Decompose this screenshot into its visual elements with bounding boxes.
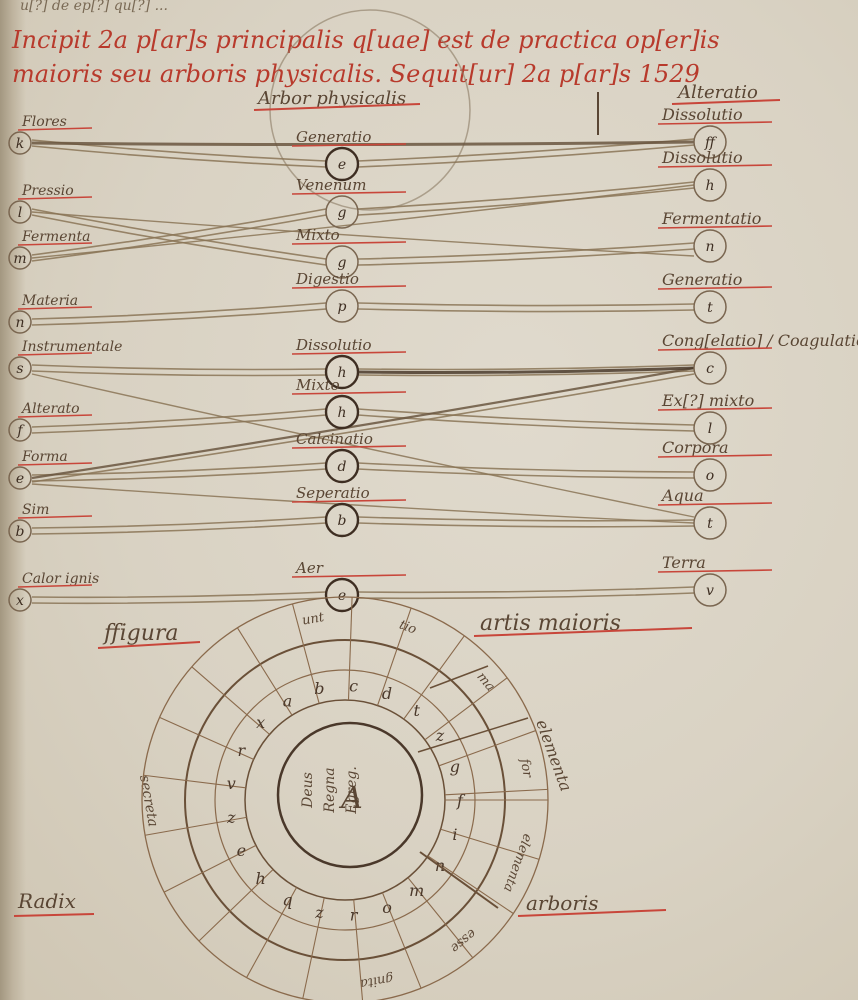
connection-line (358, 309, 694, 312)
ring-letter: e (237, 841, 246, 860)
diagram-node: Terrav (658, 553, 772, 606)
node-letter: t (707, 300, 713, 316)
manuscript-page: u[?] de ep[?] qu[?] ... Incipit 2a p[ar]… (0, 0, 858, 1000)
node-letter: l (18, 205, 22, 221)
node-label: Flores (21, 114, 67, 130)
ring-letter: z (314, 903, 324, 922)
connection-line (32, 365, 326, 370)
node-label: Generatio (296, 128, 371, 146)
node-label: Venenum (296, 176, 366, 194)
node-letter: p (338, 299, 347, 315)
connection-line (358, 469, 694, 478)
caption-secreta: secreta (136, 774, 161, 828)
node-label: Digestio (295, 270, 359, 288)
caption-arboris: arboris (526, 891, 599, 915)
node-letter: h (337, 405, 346, 421)
node-letter: s (16, 361, 23, 377)
ring-word: esse (447, 926, 479, 956)
diagram-node: Calcinatiod (292, 430, 406, 482)
diagram-node: Seperatiob (292, 484, 406, 536)
ring-letter: h (256, 869, 266, 888)
connection-line (32, 592, 326, 597)
node-letter: g (338, 205, 347, 221)
diagram-node: Dissolutioh (658, 148, 772, 201)
arbor-diagram: u[?] de ep[?] qu[?] ... Incipit 2a p[ar]… (0, 0, 858, 1000)
ring-letter: r (350, 906, 359, 925)
right-column: DissolutioffDissolutiohFermentationGener… (658, 105, 858, 606)
node-letter: n (705, 239, 714, 255)
connection-line (358, 303, 694, 306)
diagram-node: Cong[elatio] / Coagulatioc (658, 331, 858, 384)
center-word: Egreg. (344, 766, 360, 815)
wheel-center-words: DeusRegnaEgreg. (300, 766, 360, 815)
connection-line (358, 188, 694, 215)
center-word: Regna (322, 767, 338, 813)
diagram-node: Ex[?] mixtol (658, 391, 772, 444)
node-label: Terra (662, 553, 706, 572)
node-label: Ex[?] mixto (661, 391, 754, 410)
node-label: Dissolutio (295, 336, 372, 354)
node-letter: x (16, 593, 24, 609)
ring-letter: x (256, 713, 265, 732)
diagram-node: Formae (9, 449, 92, 489)
diagram-node: Alteratof (9, 401, 92, 441)
node-label: Aer (294, 559, 324, 577)
ring-letter: b (314, 679, 324, 698)
ring-word: gnita (359, 970, 395, 991)
diagram-node: Pressiol (9, 183, 92, 223)
node-letter: f (16, 423, 25, 439)
node-label: Generatio (662, 270, 742, 289)
node-letter: e (338, 588, 346, 604)
node-label: Pressio (21, 183, 74, 199)
center-word: Deus (300, 772, 316, 809)
node-label: Alterato (20, 401, 80, 417)
ring-word: unt (301, 610, 326, 629)
left-column: FloreskPressiolFermentamMaterianInstrume… (9, 114, 122, 611)
heading-line-2: maioris seu arboris physicalis. Sequit[u… (12, 60, 700, 88)
node-label: Materia (21, 293, 78, 309)
node-label: Corpora (662, 438, 729, 457)
right-column-title: Alteratio (676, 82, 758, 103)
diagram-node: Digestiop (292, 270, 406, 322)
node-letter: d (338, 459, 347, 475)
diagram-node: Corporao (658, 438, 772, 491)
node-letter: t (707, 516, 713, 532)
node-label: Forma (21, 449, 68, 465)
node-label: Mixto (295, 226, 340, 244)
ring-letter: z (435, 726, 445, 745)
pointer-line (420, 852, 498, 908)
connection-line (32, 463, 326, 475)
ring-word: ma (473, 670, 497, 695)
caption-figura: ffigura (102, 621, 179, 646)
diagram-node: Generatiot (658, 270, 772, 323)
node-label: Seperatio (296, 484, 370, 502)
diagram-node: Simb (9, 502, 92, 542)
ring-word: tio (397, 618, 418, 638)
node-label: Fermentatio (661, 209, 761, 228)
ring-word: for (517, 757, 535, 780)
heading-line-1: Incipit 2a p[ar]s principalis q[uae] est… (11, 26, 720, 54)
ring-letter: q (282, 891, 292, 910)
node-label: Aqua (660, 486, 704, 505)
node-letter: c (706, 361, 714, 377)
node-letter: e (16, 471, 24, 487)
node-letter: b (338, 513, 347, 529)
diagram-node: Fermentation (658, 209, 772, 262)
pointer-line (418, 718, 528, 752)
node-letter: e (338, 157, 346, 173)
ring-letter: t (413, 701, 420, 720)
ring-letter: r (238, 741, 247, 760)
node-label: Cong[elatio] / Coagulatio (662, 331, 858, 350)
caption-radix: Radix (17, 889, 76, 913)
connection-line (32, 598, 326, 603)
ring-letter: o (382, 898, 392, 917)
node-letter: v (706, 583, 714, 599)
ring-letter: v (227, 774, 236, 793)
underline (14, 914, 94, 916)
ring-letter: d (382, 684, 392, 703)
node-letter: n (15, 315, 24, 331)
node-label: Sim (22, 502, 49, 518)
combinatorial-wheel: abcdtzgfinmorzqhezvrx unttiomaforelement… (142, 597, 548, 1000)
connection-line (32, 371, 326, 376)
node-label: Mixto (295, 376, 340, 394)
connection-line (358, 243, 694, 259)
node-letter: l (708, 421, 712, 437)
heading: u[?] de ep[?] qu[?] ... Incipit 2a p[ar]… (11, 0, 720, 88)
ring-letter: g (450, 757, 460, 776)
connection-line (358, 587, 694, 592)
connection-lines (32, 139, 694, 603)
connection-line (358, 593, 694, 598)
node-letter: b (16, 524, 25, 540)
diagram-node: Materian (9, 293, 92, 333)
connection-line (358, 523, 694, 527)
node-label: Dissolutio (661, 105, 743, 124)
ring-letter: i (452, 825, 457, 844)
node-label: Instrumentale (21, 339, 122, 355)
caption-elementa: elementa (532, 717, 575, 794)
diagram-node: Calor ignisx (9, 571, 99, 611)
node-label: Dissolutio (661, 148, 743, 167)
ring-letter: a (283, 691, 293, 710)
ring-letter: z (226, 808, 236, 827)
diagram-node: Aere (292, 559, 406, 611)
node-letter: g (338, 255, 347, 271)
node-letter: o (706, 468, 714, 484)
node-letter: m (13, 251, 26, 267)
ring-letter: m (409, 881, 424, 900)
node-letter: h (705, 178, 714, 194)
connection-line (358, 145, 694, 167)
ring-letter: c (349, 676, 358, 695)
node-label: Calcinatio (296, 430, 373, 448)
node-letter: k (16, 136, 24, 152)
diagram-node: Generatioe (292, 128, 406, 180)
heading-line-0: u[?] de ep[?] qu[?] ... (20, 0, 168, 14)
